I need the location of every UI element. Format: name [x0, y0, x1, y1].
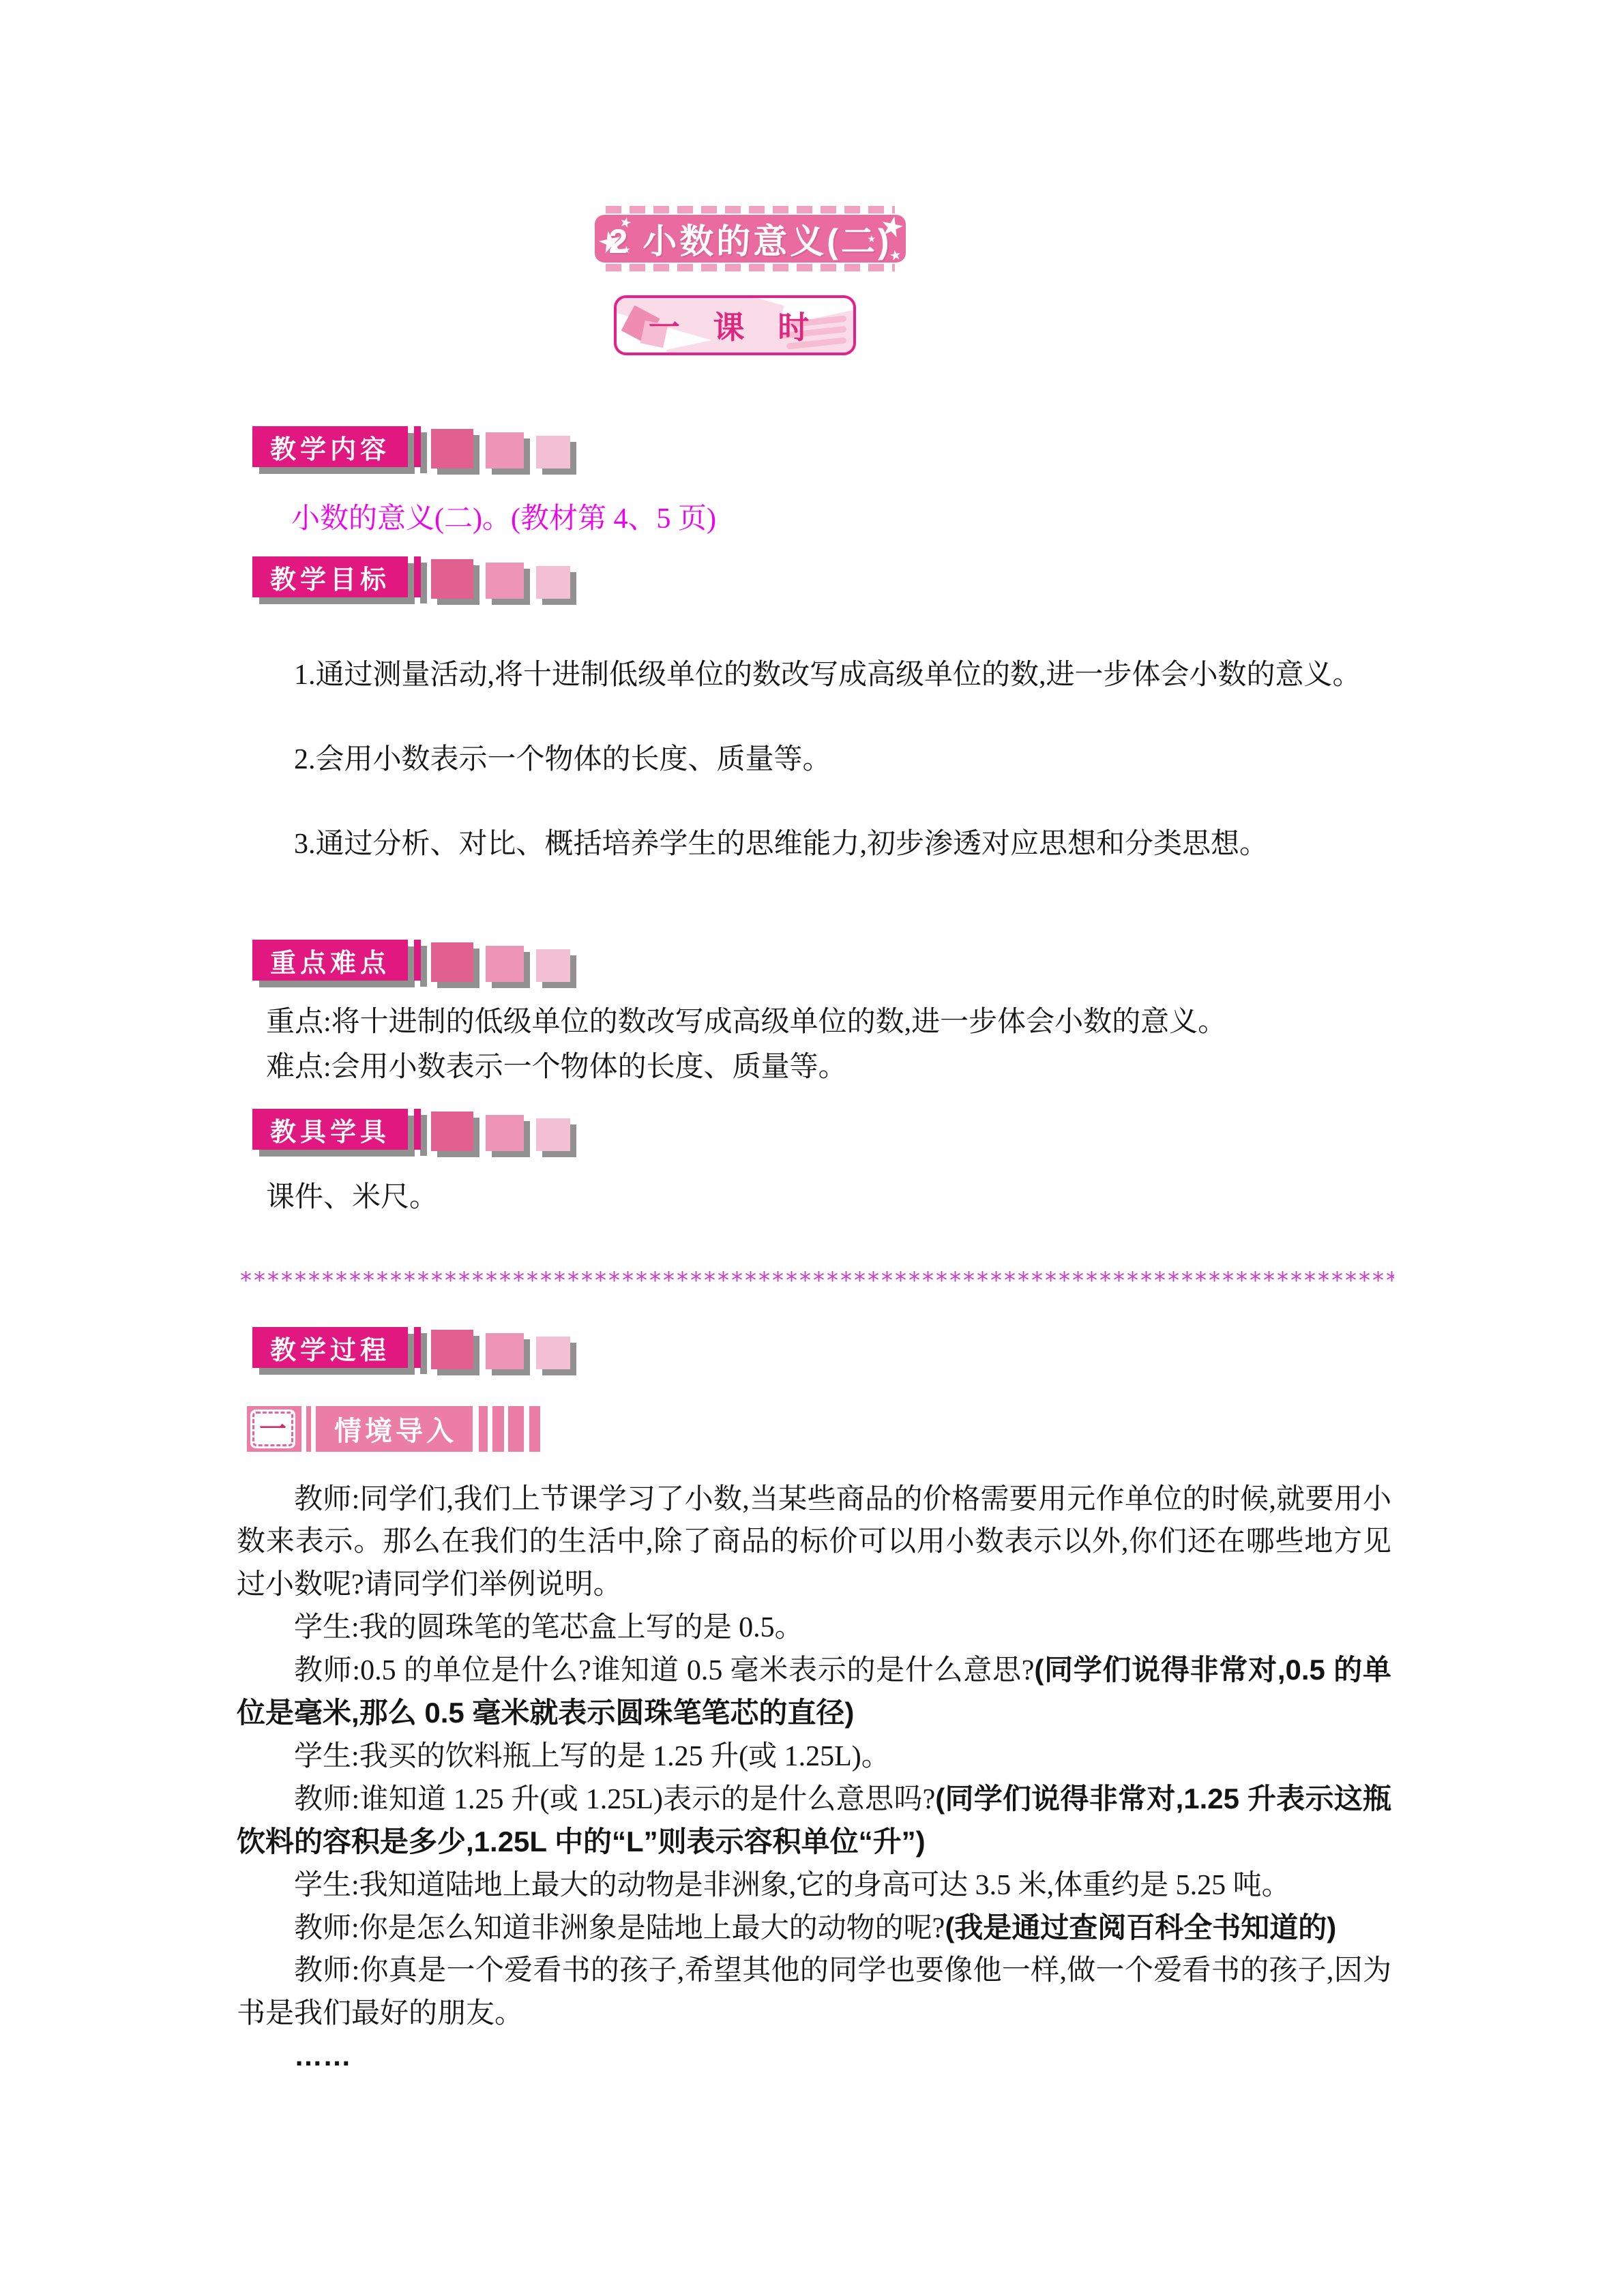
bar-decoration [414, 940, 421, 981]
square-decoration [486, 432, 524, 468]
dialogue-text: 教师:0.5 的单位是什么?谁知道 0.5 毫米表示的是什么意思? [294, 1655, 1034, 1686]
bar-decoration [414, 1109, 421, 1150]
dialogue-paragraph: 学生:我知道陆地上最大的动物是非洲象,它的身高可达 3.5 米,体重约是 5.2… [237, 1864, 1391, 1907]
dialogue-paragraph: …… [237, 2035, 1391, 2078]
square-decoration [431, 942, 473, 982]
star-icon: ★ [867, 235, 876, 245]
section-header-box: 教学过程 [252, 1327, 408, 1368]
stripe-decoration [301, 1406, 306, 1452]
section-header-key-points: 重点难点 [252, 940, 580, 993]
step-title: 情境导入 [334, 1406, 457, 1452]
square-decoration [431, 1330, 473, 1369]
difficult-point-line: 难点:会用小数表示一个物体的长度、质量等。 [266, 1045, 1398, 1090]
asterisk-divider: ****************************************… [240, 1266, 1394, 1296]
bar-decoration [414, 1327, 421, 1368]
dash-decoration-top [606, 206, 895, 213]
square-decoration [486, 1333, 524, 1369]
objectives-list: 1.通过测量活动,将十进制低级单位的数改写成高级单位的数,进一步体会小数的意义。… [237, 644, 1391, 897]
dialogue-paragraph: 学生:我买的饮料瓶上写的是 1.25 升(或 1.25L)。 [237, 1735, 1391, 1778]
square-decoration [536, 1118, 570, 1151]
period-title: 一 课 时 [617, 298, 853, 353]
dialogue-text: 教师:谁知道 1.25 升(或 1.25L)表示的是什么意思吗? [294, 1784, 935, 1815]
lesson-dialogue: 教师:同学们,我们上节课学习了小数,当某些商品的价格需要用元作单位的时候,就要用… [237, 1478, 1391, 2078]
dialogue-text: 教师:你真是一个爱看书的孩子,希望其他的同学也要像他一样,做一个爱看书的孩子,因… [237, 1955, 1391, 2029]
stripe-decoration [473, 1406, 479, 1452]
section-header-box: 教学目标 [252, 556, 408, 597]
square-decoration [486, 1115, 524, 1151]
dialogue-paragraph: 学生:我的圆珠笔的笔芯盒上写的是 0.5。 [237, 1606, 1391, 1649]
section-header-label: 重点难点 [270, 942, 390, 979]
dialogue-text: 学生:我知道陆地上最大的动物是非洲象,它的身高可达 3.5 米,体重约是 5.2… [294, 1870, 1290, 1901]
key-point-line: 重点:将十进制的低级单位的数改写成高级单位的数,进一步体会小数的意义。 [266, 1000, 1398, 1045]
stripe-decoration [488, 1406, 492, 1452]
dialogue-text: 学生:我的圆珠笔的笔芯盒上写的是 0.5。 [294, 1612, 803, 1643]
document-page: ★ ★ ★ 2 小数的意义(二) ★ ★ ★ 一 课 时 教学内容 小数的意义(… [0, 0, 1624, 2296]
section-header-label: 教具学具 [270, 1111, 390, 1148]
section-header-teaching-objectives: 教学目标 [252, 556, 580, 610]
square-decoration [536, 949, 570, 982]
objective-item: 1.通过测量活动,将十进制低级单位的数改写成高级单位的数,进一步体会小数的意义。 [237, 644, 1391, 707]
dialogue-text: 学生:我买的饮料瓶上写的是 1.25 升(或 1.25L)。 [294, 1741, 890, 1772]
teaching-aids-text: 课件、米尺。 [266, 1178, 438, 1217]
star-icon: ★ [877, 211, 906, 243]
step-number: 一 [259, 1416, 286, 1443]
dialogue-paragraph: 教师:0.5 的单位是什么?谁知道 0.5 毫米表示的是什么意思?(同学们说得非… [237, 1649, 1391, 1735]
dialogue-paragraph: 教师:谁知道 1.25 升(或 1.25L)表示的是什么意思吗?(同学们说得非常… [237, 1778, 1391, 1864]
step-number-frame: 一 [252, 1412, 293, 1446]
dialogue-bold-text: …… [294, 2040, 351, 2072]
section-header-box: 教具学具 [252, 1109, 408, 1150]
dialogue-bold-text: (我是通过查阅百科全书知道的) [945, 1911, 1336, 1943]
square-decoration [536, 566, 570, 599]
period-banner: 一 课 时 [614, 295, 856, 355]
square-decoration [536, 1337, 570, 1369]
section-header-label: 教学目标 [270, 558, 390, 596]
dash-decoration-bottom [606, 264, 895, 271]
lesson-title: 2 小数的意义(二) [609, 214, 892, 263]
section-header-label: 教学内容 [270, 428, 390, 466]
square-decoration [431, 559, 473, 599]
bar-decoration [414, 556, 421, 597]
stripe-decoration [504, 1406, 508, 1452]
square-decoration [431, 1112, 473, 1151]
square-decoration [486, 563, 524, 599]
star-icon: ★ [622, 246, 631, 256]
objective-item: 2.会用小数表示一个物体的长度、质量等。 [237, 728, 1391, 792]
lesson-title-banner: ★ ★ ★ 2 小数的意义(二) ★ ★ ★ [595, 206, 906, 271]
star-icon: ★ [888, 248, 902, 264]
dialogue-paragraph: 教师:你真是一个爱看书的孩子,希望其他的同学也要像他一样,做一个爱看书的孩子,因… [237, 1950, 1391, 2035]
dialogue-paragraph: 教师:同学们,我们上节课学习了小数,当某些商品的价格需要用元作单位的时候,就要用… [237, 1478, 1391, 1606]
section-header-box: 重点难点 [252, 940, 408, 981]
square-decoration [486, 946, 524, 982]
objective-item: 3.通过分析、对比、概括培养学生的思维能力,初步渗透对应思想和分类思想。 [237, 813, 1391, 876]
dialogue-text: 教师:同学们,我们上节课学习了小数,当某些商品的价格需要用元作单位的时候,就要用… [237, 1484, 1391, 1600]
dialogue-paragraph: 教师:你是怎么知道非洲象是陆地上最大的动物的呢?(我是通过查阅百科全书知道的) [237, 1907, 1391, 1950]
section-header-box: 教学内容 [252, 426, 408, 467]
square-decoration [431, 429, 473, 468]
section-header-teaching-process: 教学过程 [252, 1327, 580, 1380]
dialogue-text: 教师:你是怎么知道非洲象是陆地上最大的动物的呢? [294, 1913, 945, 1944]
lesson-title-body: ★ ★ ★ 2 小数的意义(二) ★ ★ ★ [595, 215, 906, 263]
bar-decoration [414, 426, 421, 467]
step-banner: 一 情境导入 [247, 1406, 540, 1452]
section-header-label: 教学过程 [270, 1329, 390, 1367]
square-decoration [536, 436, 570, 468]
stripe-decoration [524, 1406, 529, 1452]
teaching-content-text: 小数的意义(二)。(教材第 4、5 页) [291, 500, 716, 538]
key-points-block: 重点:将十进制的低级单位的数改写成高级单位的数,进一步体会小数的意义。 难点:会… [266, 1000, 1398, 1090]
section-header-teaching-aids: 教具学具 [252, 1109, 580, 1162]
section-header-teaching-content: 教学内容 [252, 426, 580, 479]
stripe-decoration [311, 1406, 316, 1452]
step-number-box: 一 [250, 1410, 295, 1448]
